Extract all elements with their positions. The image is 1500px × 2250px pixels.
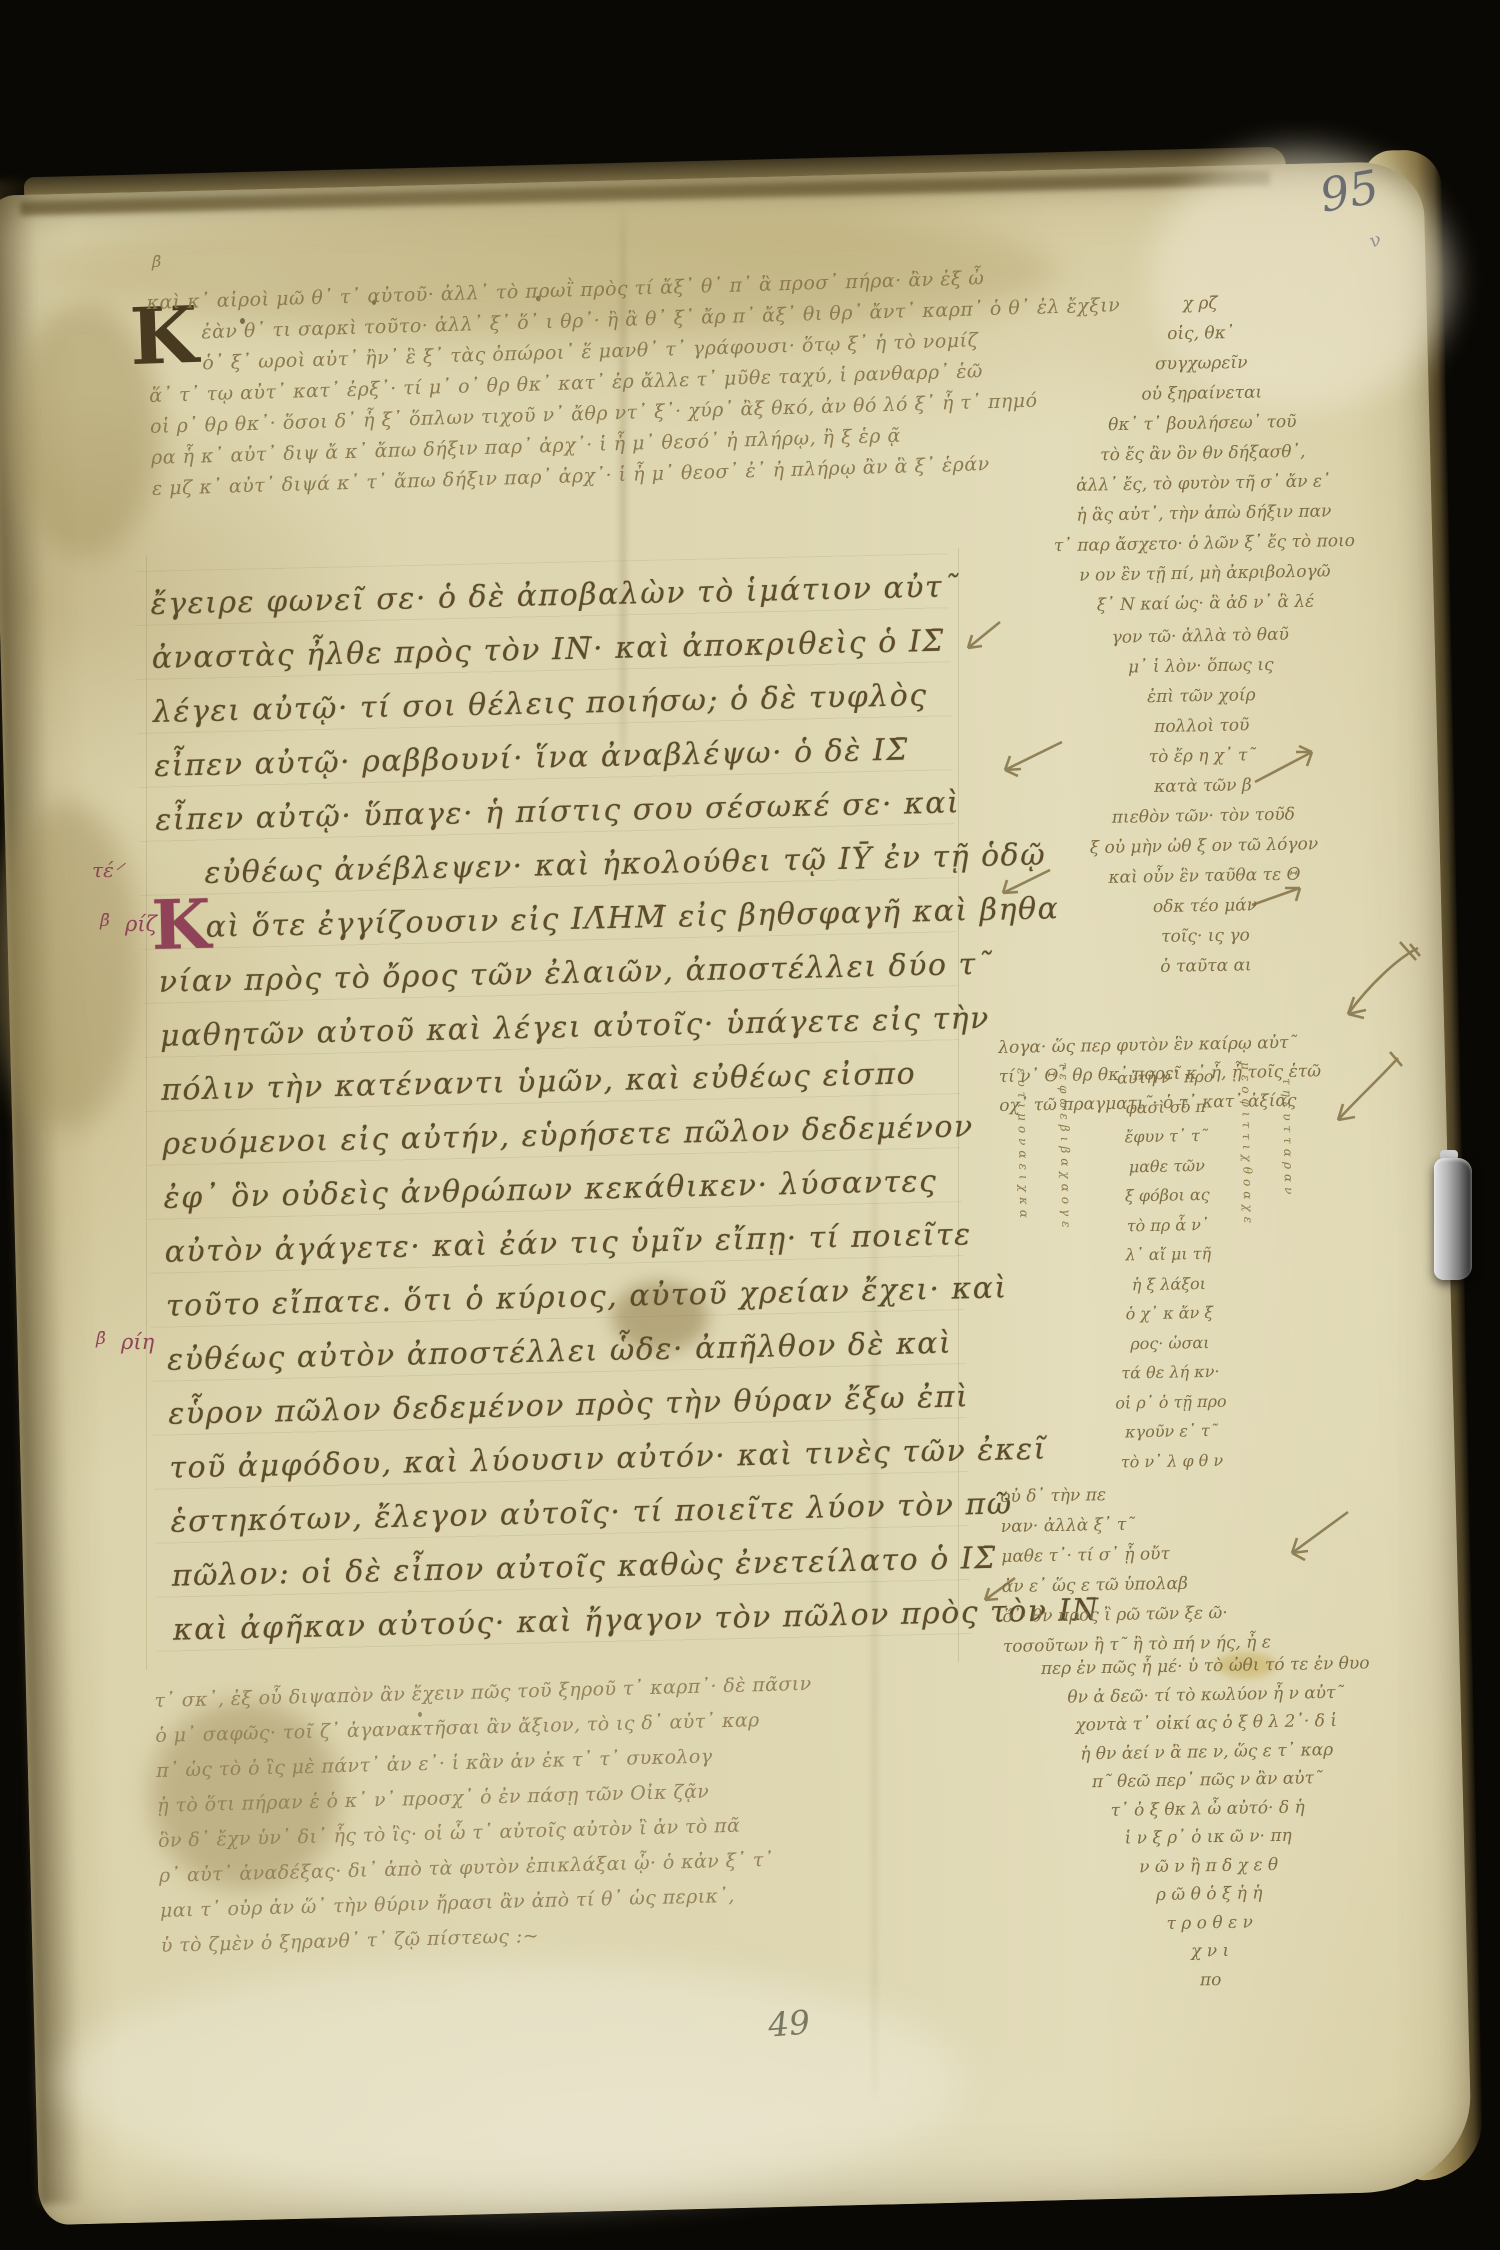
pen-arrow-doodle [1003,870,1050,893]
pen-doodles [0,0,1500,2250]
pen-arrow-doodle [1005,742,1062,776]
pen-arrow-doodle [1338,1052,1402,1120]
book-cradle-clamp [1434,1158,1472,1280]
pen-arrow-doodle [1348,942,1420,1018]
pen-arrow-doodle [968,622,1000,648]
pen-arrow-doodle [1252,888,1300,905]
pen-arrow-doodle [985,1578,1015,1600]
pen-arrow-doodle [1292,1512,1348,1560]
pen-arrow-doodle [1255,746,1312,782]
manuscript-photo: 95 ν 49 β̄ Κ καὶ κ᾽ αἱροὶ μῶ θ᾽ τ᾽ αὐτοῦ… [0,0,1500,2250]
